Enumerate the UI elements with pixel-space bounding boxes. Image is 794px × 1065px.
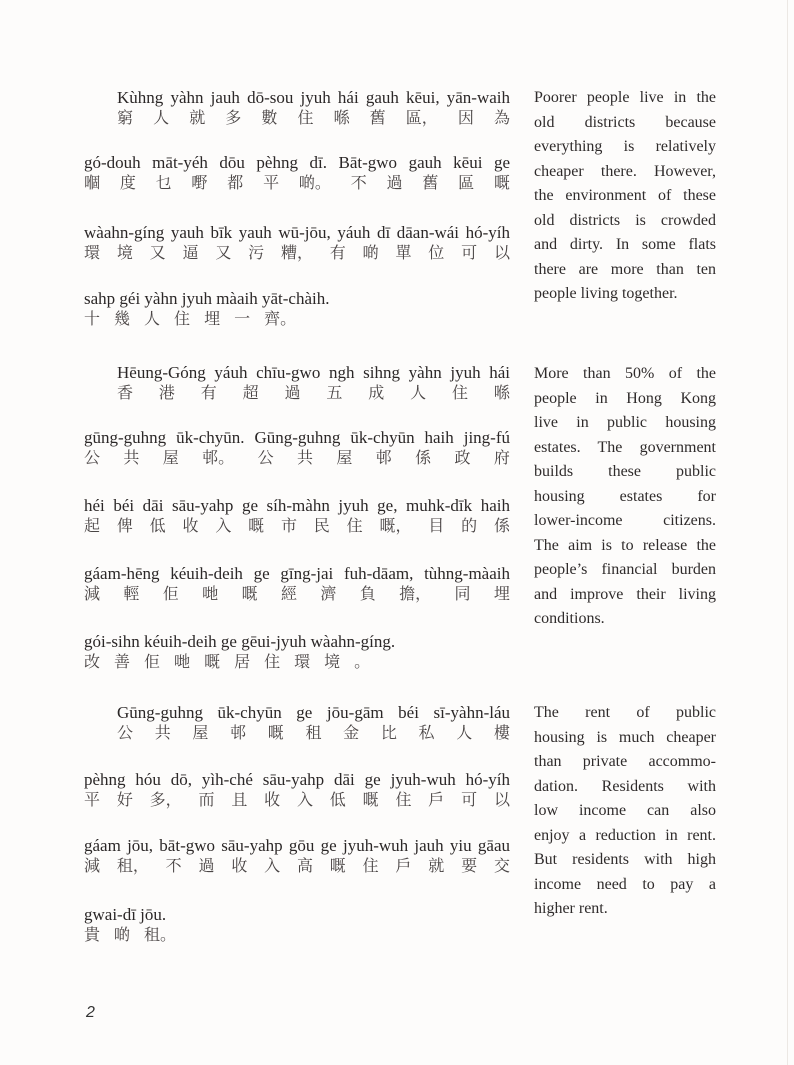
english-line: estates. The government — [534, 436, 716, 461]
chinese-char: 可 — [461, 243, 477, 263]
line-pair: Gūng-guhng ūk-chyūn ge jōu-gām béi sī-yà… — [84, 703, 510, 743]
line-pair: gói-sihn kéuih-deih ge gēui-jyuh wàahn-g… — [84, 632, 510, 672]
chinese-line: 起俾低收入嘅市民住嘅，目的係 — [84, 516, 510, 536]
chinese-char: 濟 — [320, 584, 336, 604]
chinese-char: 比 — [381, 723, 397, 743]
english-line: than private accommo- — [534, 750, 716, 775]
chinese-char: 低 — [150, 516, 166, 536]
chinese-char: 環 — [294, 652, 310, 672]
chinese-char: 逼 — [182, 243, 198, 263]
chinese-char: 環 — [84, 243, 100, 263]
chinese-char: 人 — [144, 309, 160, 329]
romanization-line: héi béi dāi sāu-yahp ge síh-màhn jyuh ge… — [84, 496, 510, 516]
chinese-char: 因 — [458, 108, 474, 128]
chinese-line: 十幾人住埋一齊。 — [84, 309, 510, 329]
chinese-char: 共 — [297, 448, 313, 468]
romanization-line: gáam jōu, bāt-gwo sāu-yahp gōu ge jyuh-w… — [84, 836, 510, 856]
chinese-char: 樓 — [494, 723, 510, 743]
chinese-char: 可 — [461, 790, 477, 810]
chinese-char: 喺 — [494, 383, 510, 403]
chinese-char: 糟， — [281, 243, 313, 263]
line-pair: gáam jōu, bāt-gwo sāu-yahp gōu ge jyuh-w… — [84, 836, 510, 876]
chinese-char: 就 — [428, 856, 444, 876]
chinese-char: 哋 — [174, 652, 190, 672]
english-line: old districts is crowded — [534, 209, 716, 234]
chinese-char: 邨。 — [202, 448, 234, 468]
chinese-char: 多 — [225, 108, 241, 128]
chinese-char: 啲。 — [299, 173, 331, 193]
chinese-char: 哋 — [202, 584, 218, 604]
chinese-char: 同 — [455, 584, 471, 604]
english-line: The rent of public — [534, 701, 716, 726]
chinese-char: 平 — [263, 173, 279, 193]
chinese-char: 埋 — [494, 584, 510, 604]
english-translation-2: More than 50% of thepeople in Hong Kongl… — [534, 362, 716, 632]
chinese-char: 。 — [354, 652, 370, 672]
chinese-line: 減輕佢哋嘅經濟負擔，同埋 — [84, 584, 510, 604]
chinese-char: 舊 — [422, 173, 438, 193]
chinese-char: 區， — [406, 108, 438, 128]
chinese-char: 經 — [281, 584, 297, 604]
chinese-char: 污 — [248, 243, 264, 263]
english-line: Poorer people live in the — [534, 86, 716, 111]
chinese-char: 貴 — [84, 925, 100, 945]
chinese-char: 屋 — [163, 448, 179, 468]
chinese-char: 高 — [297, 856, 313, 876]
english-line: and improve their living — [534, 583, 716, 608]
chinese-char: 住 — [264, 652, 280, 672]
chinese-char: 邨 — [230, 723, 246, 743]
romanization-line: Gūng-guhng ūk-chyūn ge jōu-gām béi sī-yà… — [84, 703, 510, 723]
chinese-char: 齊。 — [264, 309, 296, 329]
chinese-char: 住 — [395, 790, 411, 810]
line-pair: wàahn-gíng yauh bīk yauh wū-jōu, yáuh dī… — [84, 223, 510, 263]
english-line: and dirty. In some flats — [534, 233, 716, 258]
english-line: lower-income citizens. — [534, 509, 716, 534]
chinese-char: 喺 — [334, 108, 350, 128]
chinese-char: 起 — [84, 516, 100, 536]
romanization-line: gói-sihn kéuih-deih ge gēui-jyuh wàahn-g… — [84, 632, 510, 652]
chinese-char: 公 — [117, 723, 133, 743]
chinese-line: 環境又逼又污糟，有啲單位可以 — [84, 243, 510, 263]
chinese-char: 埋 — [204, 309, 220, 329]
chinese-char: 低 — [330, 790, 346, 810]
chinese-char: 入 — [297, 790, 313, 810]
chinese-char: 屋 — [192, 723, 208, 743]
chinese-char: 人 — [456, 723, 472, 743]
english-line: housing is much cheaper — [534, 726, 716, 751]
line-pair: gó-douh māt-yéh dōu pèhng dī. Bāt-gwo ga… — [84, 153, 510, 193]
english-line: enjoy a reduction in rent. — [534, 824, 716, 849]
chinese-char: 度 — [120, 173, 136, 193]
chinese-char: 輕 — [123, 584, 139, 604]
romanization-line: gáam-hēng kéuih-deih ge gīng-jai fuh-dāa… — [84, 564, 510, 584]
english-line: everything is relatively — [534, 135, 716, 160]
english-line: The aim is to release the — [534, 534, 716, 559]
chinese-char: 有 — [201, 383, 217, 403]
line-pair: sahp géi yàhn jyuh màaih yāt-chàih.十幾人住埋… — [84, 289, 510, 329]
romanization-line: wàahn-gíng yauh bīk yauh wū-jōu, yáuh dī… — [84, 223, 510, 243]
chinese-char: 入 — [264, 856, 280, 876]
chinese-char: 數 — [261, 108, 277, 128]
chinese-char: 乜 — [156, 173, 172, 193]
chinese-char: 而 — [198, 790, 214, 810]
chinese-char: 收 — [231, 856, 247, 876]
chinese-char: 負 — [360, 584, 376, 604]
english-line: More than 50% of the — [534, 362, 716, 387]
chinese-char: 入 — [215, 516, 231, 536]
chinese-char: 幾 — [114, 309, 130, 329]
chinese-char: 目 — [428, 516, 444, 536]
chinese-char: 過 — [387, 173, 403, 193]
chinese-char: 嘅 — [330, 856, 346, 876]
chinese-char: 舊 — [370, 108, 386, 128]
chinese-char: 嘅 — [268, 723, 284, 743]
chinese-char: 住 — [347, 516, 363, 536]
chinese-char: 超 — [243, 383, 259, 403]
chinese-char: 擔， — [399, 584, 431, 604]
chinese-char: 私 — [419, 723, 435, 743]
chinese-char: 府 — [494, 448, 510, 468]
chinese-char: 佢 — [163, 584, 179, 604]
chinese-char: 嘅， — [379, 516, 411, 536]
chinese-line: 嗰度乜嘢都平啲。不過舊區嘅 — [84, 173, 510, 193]
chinese-char: 多， — [150, 790, 182, 810]
english-line: income need to pay a — [534, 873, 716, 898]
chinese-char: 收 — [264, 790, 280, 810]
chinese-line: 減租，不過收入高嘅住戶就要交 — [84, 856, 510, 876]
english-line: dation. Residents with — [534, 775, 716, 800]
english-line: there are more than ten — [534, 258, 716, 283]
chinese-char: 不 — [351, 173, 367, 193]
chinese-char: 過 — [285, 383, 301, 403]
line-pair: gwai-dī jōu.貴啲租。 — [84, 905, 510, 945]
chinese-char: 區 — [458, 173, 474, 193]
chinese-char: 屋 — [336, 448, 352, 468]
chinese-char: 嘢 — [191, 173, 207, 193]
chinese-char: 善 — [114, 652, 130, 672]
english-line: conditions. — [534, 607, 716, 632]
chinese-char: 十 — [84, 309, 100, 329]
chinese-char: 住 — [363, 856, 379, 876]
chinese-char: 平 — [84, 790, 100, 810]
chinese-char: 又 — [150, 243, 166, 263]
chinese-char: 一 — [234, 309, 250, 329]
chinese-char: 嗰 — [84, 173, 100, 193]
line-pair: héi béi dāi sāu-yahp ge síh-màhn jyuh ge… — [84, 496, 510, 536]
chinese-char: 啲 — [114, 925, 130, 945]
romanization-line: gwai-dī jōu. — [84, 905, 510, 925]
chinese-char: 為 — [494, 108, 510, 128]
english-line: people living together. — [534, 282, 716, 307]
chinese-char: 嘅 — [242, 584, 258, 604]
chinese-line: 改善佢哋嘅居住環境。 — [84, 652, 510, 672]
chinese-char: 佢 — [144, 652, 160, 672]
chinese-char: 住 — [174, 309, 190, 329]
chinese-char: 公 — [84, 448, 100, 468]
chinese-char: 窮 — [117, 108, 133, 128]
chinese-char: 俾 — [117, 516, 133, 536]
chinese-char: 居 — [234, 652, 250, 672]
chinese-char: 租。 — [144, 925, 176, 945]
chinese-char: 租， — [117, 856, 149, 876]
line-pair: Hēung-Góng yáuh chīu-gwo ngh sihng yàhn … — [84, 363, 510, 403]
line-pair: gūng-guhng ūk-chyūn. Gūng-guhng ūk-chyūn… — [84, 428, 510, 468]
chinese-char: 係 — [415, 448, 431, 468]
chinese-char: 不 — [166, 856, 182, 876]
chinese-char: 要 — [461, 856, 477, 876]
chinese-char: 成 — [368, 383, 384, 403]
chinese-char: 民 — [314, 516, 330, 536]
chinese-char: 香 — [117, 383, 133, 403]
chinese-line: 窮人就多數住喺舊區，因為 — [84, 108, 510, 128]
chinese-char: 改 — [84, 652, 100, 672]
english-translation-1: Poorer people live in theold districts b… — [534, 86, 716, 307]
chinese-char: 住 — [297, 108, 313, 128]
chinese-char: 嘅 — [494, 173, 510, 193]
page-edge — [787, 0, 788, 1065]
chinese-char: 嘅 — [204, 652, 220, 672]
chinese-char: 公 — [258, 448, 274, 468]
chinese-char: 金 — [343, 723, 359, 743]
chinese-line: 公共屋邨。公共屋邨係政府 — [84, 448, 510, 468]
english-line: old districts because — [534, 111, 716, 136]
chinese-char: 戶 — [395, 856, 411, 876]
chinese-char: 減 — [84, 584, 100, 604]
romanization-line: gó-douh māt-yéh dōu pèhng dī. Bāt-gwo ga… — [84, 153, 510, 173]
chinese-char: 啲 — [363, 243, 379, 263]
english-line: But residents with high — [534, 848, 716, 873]
chinese-char: 收 — [182, 516, 198, 536]
chinese-char: 的 — [461, 516, 477, 536]
english-line: people in Hong Kong — [534, 387, 716, 412]
romanization-line: sahp géi yàhn jyuh màaih yāt-chàih. — [84, 289, 510, 309]
chinese-char: 有 — [330, 243, 346, 263]
chinese-char: 住 — [452, 383, 468, 403]
chinese-char: 戶 — [428, 790, 444, 810]
chinese-char: 以 — [494, 243, 510, 263]
chinese-char: 嘅 — [248, 516, 264, 536]
english-translation-3: The rent of publichousing is much cheape… — [534, 701, 716, 922]
chinese-char: 市 — [281, 516, 297, 536]
english-line: cheaper there. However, — [534, 160, 716, 185]
chinese-char: 都 — [227, 173, 243, 193]
chinese-char: 租 — [305, 723, 321, 743]
english-line: low income can also — [534, 799, 716, 824]
chinese-char: 共 — [123, 448, 139, 468]
page-number: 2 — [86, 1004, 95, 1022]
chinese-line: 香港有超過五成人住喺 — [84, 383, 510, 403]
english-line: people’s financial burden — [534, 558, 716, 583]
romanization-line: pèhng hóu dō, yìh-ché sāu-yahp dāi ge jy… — [84, 770, 510, 790]
chinese-char: 好 — [117, 790, 133, 810]
chinese-char: 過 — [198, 856, 214, 876]
romanization-line: Hēung-Góng yáuh chīu-gwo ngh sihng yàhn … — [84, 363, 510, 383]
english-line: builds these public — [534, 460, 716, 485]
chinese-char: 政 — [455, 448, 471, 468]
romanization-line: gūng-guhng ūk-chyūn. Gūng-guhng ūk-chyūn… — [84, 428, 510, 448]
english-line: the environment of these — [534, 184, 716, 209]
chinese-char: 交 — [494, 856, 510, 876]
chinese-char: 位 — [428, 243, 444, 263]
chinese-char: 港 — [159, 383, 175, 403]
chinese-char: 減 — [84, 856, 100, 876]
english-line: live in public housing — [534, 411, 716, 436]
chinese-char: 境 — [324, 652, 340, 672]
romanization-line: Kùhng yàhn jauh dō-sou jyuh hái gauh kēu… — [84, 88, 510, 108]
line-pair: gáam-hēng kéuih-deih ge gīng-jai fuh-dāa… — [84, 564, 510, 604]
chinese-char: 人 — [410, 383, 426, 403]
chinese-line: 平好多，而且收入低嘅住戶可以 — [84, 790, 510, 810]
chinese-char: 係 — [494, 516, 510, 536]
chinese-char: 單 — [395, 243, 411, 263]
chinese-char: 且 — [231, 790, 247, 810]
chinese-char: 人 — [153, 108, 169, 128]
chinese-line: 貴啲租。 — [84, 925, 510, 945]
line-pair: pèhng hóu dō, yìh-ché sāu-yahp dāi ge jy… — [84, 770, 510, 810]
chinese-char: 就 — [189, 108, 205, 128]
chinese-char: 又 — [215, 243, 231, 263]
chinese-char: 境 — [117, 243, 133, 263]
chinese-char: 五 — [326, 383, 342, 403]
chinese-char: 嘅 — [363, 790, 379, 810]
chinese-line: 公共屋邨嘅租金比私人樓 — [84, 723, 510, 743]
english-line: housing estates for — [534, 485, 716, 510]
english-line: higher rent. — [534, 897, 716, 922]
line-pair: Kùhng yàhn jauh dō-sou jyuh hái gauh kēu… — [84, 88, 510, 128]
chinese-char: 邨 — [376, 448, 392, 468]
chinese-char: 以 — [494, 790, 510, 810]
chinese-char: 共 — [155, 723, 171, 743]
